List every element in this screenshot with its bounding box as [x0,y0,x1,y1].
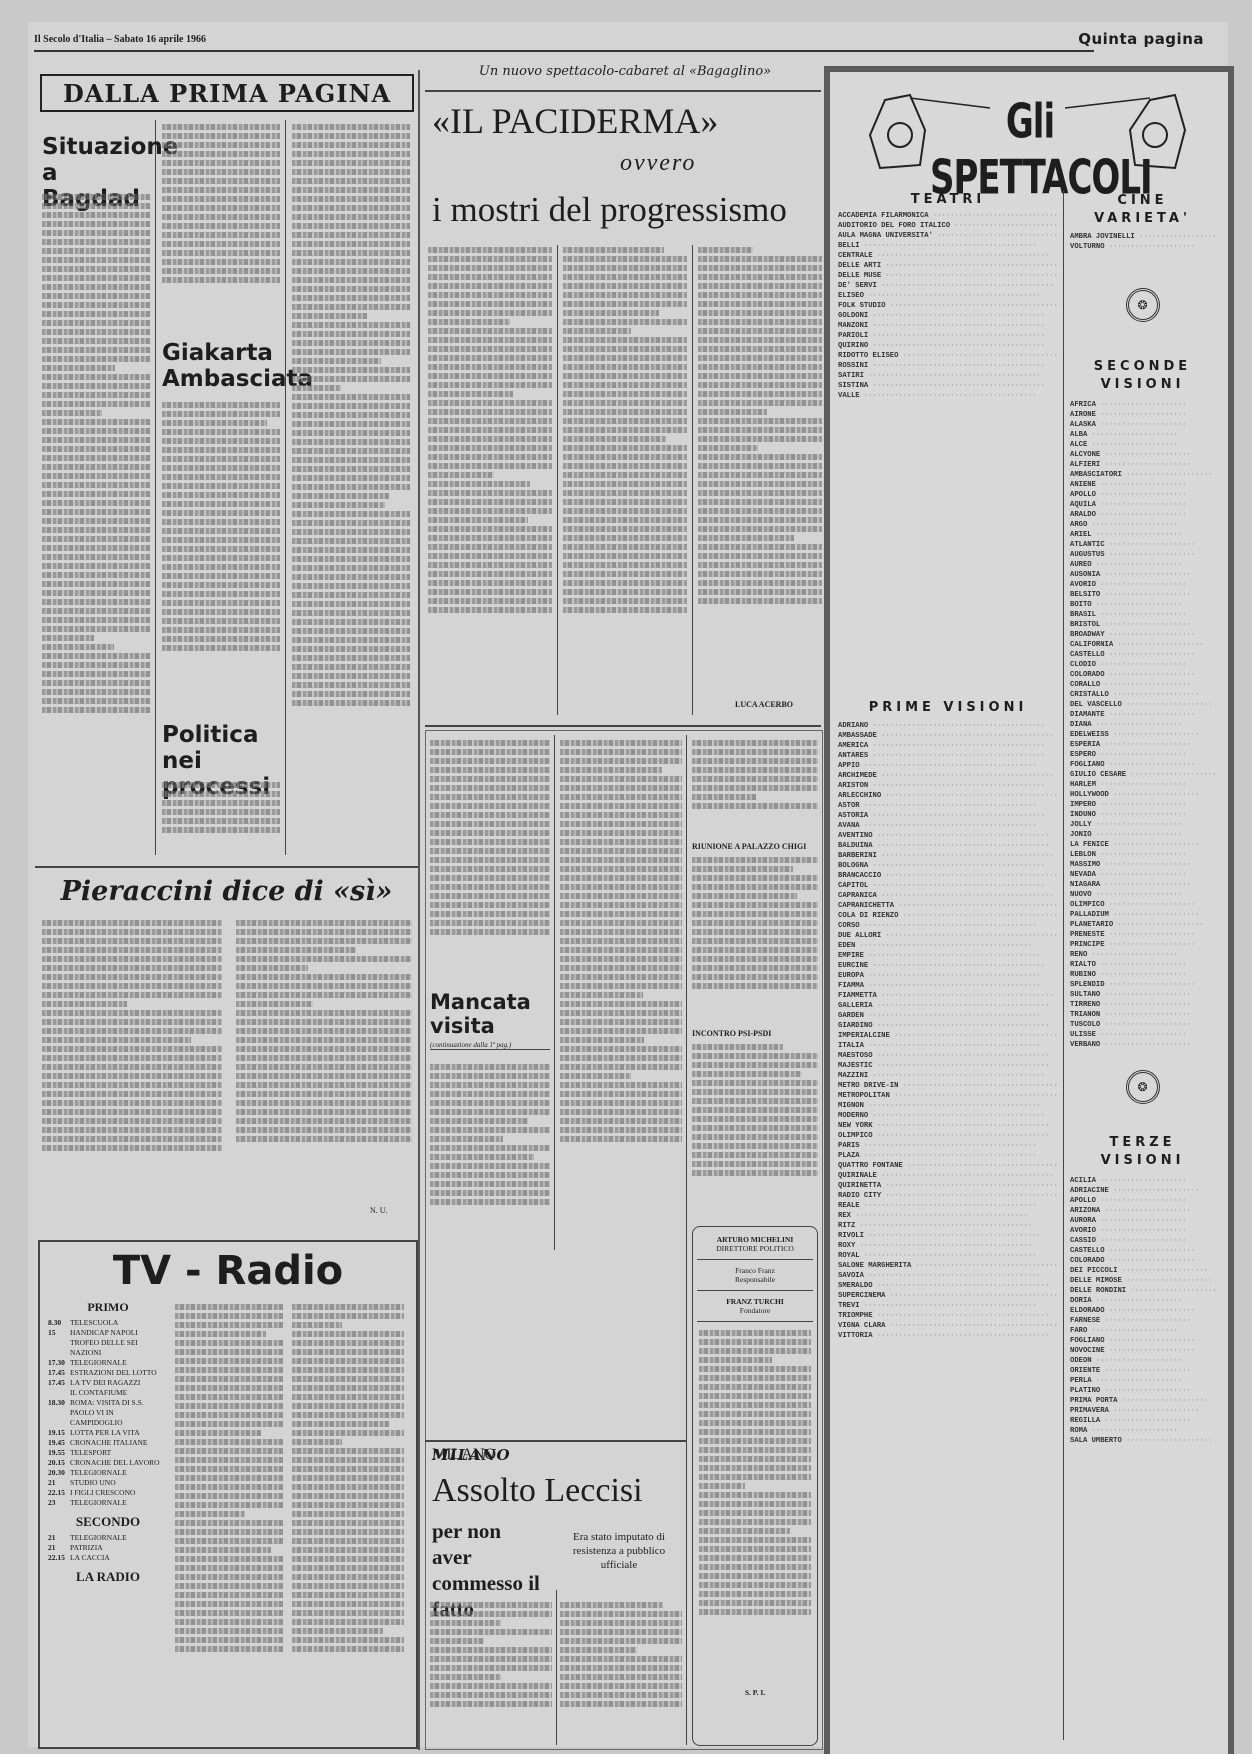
venue-name: TREVI [838,1302,860,1310]
listing-entry: DELLE MUSE ·····························… [838,271,1058,281]
listing-details: ········································ [868,1072,1045,1080]
listing-entry: DELLE MIMOSE ···················· [1070,1276,1215,1286]
listing-entry: EMPIRE ·································… [838,951,1058,961]
listing-details: ········································ [864,1042,1041,1050]
venue-name: GOLDONI [838,312,868,320]
text-line [292,529,410,535]
listing-entry: OLIMPICO ·······························… [838,1131,1058,1141]
tv-program: IL CONTAFIUME [48,1388,168,1398]
text-line [560,1073,631,1079]
listing-details: ···················· [1096,1237,1187,1245]
text-line [430,1172,550,1178]
listing-details: ········································ [877,1172,1054,1180]
text-line [560,1001,682,1007]
text-line [698,481,822,487]
listing-entry: ITALIA ·································… [838,1041,1058,1051]
text-line [42,500,150,506]
venue-name: ALASKA [1070,421,1096,429]
banner-title: DALLA PRIMA PAGINA [63,79,391,108]
text-line [42,608,150,614]
article-body [698,245,822,695]
venue-name: DORIA [1070,1297,1092,1305]
text-line [42,419,150,425]
text-line [428,301,552,307]
listing-details: ···················· [1087,521,1178,529]
text-line [292,331,410,337]
listing-entry: NUOVO ···················· [1070,890,1215,900]
listing-details: ···················· [1105,1247,1196,1255]
listing-entry: MASSIMO ···················· [1070,860,1215,870]
text-line [698,319,822,325]
text-line [292,142,410,148]
text-line [42,929,222,935]
text-line [430,767,550,773]
listing-entry: ARALDO ···················· [1070,510,1215,520]
text-line [699,1591,811,1597]
text-line [292,358,381,364]
listing-entry: ODEON ···················· [1070,1356,1215,1366]
venue-name: BELSITO [1070,591,1100,599]
venue-name: APPIO [838,762,860,770]
venue-name: BRANCACCIO [838,872,881,880]
text-line [42,599,150,605]
headline-mostri: i mostri del progressismo [432,190,787,230]
listing-entry: ROSSINI ································… [838,361,1058,371]
text-line [560,866,682,872]
listing-details: ···················· [1117,1397,1208,1405]
text-line [42,554,150,560]
venue-name: ADRIANO [838,722,868,730]
venue-name: AIRONE [1070,411,1096,419]
text-line [162,618,280,624]
program-title: STUDIO UNO [70,1478,116,1488]
text-line [430,1181,550,1187]
listing-details: ········································ [860,1142,1037,1150]
listing-details: ········································ [898,352,1058,360]
text-line [42,509,150,515]
listing-details: ········································ [873,1022,1050,1030]
listing-entry: ANTARES ································… [838,751,1058,761]
venue-name: ADRIACINE [1070,1187,1109,1195]
venue-name: ACILIA [1070,1177,1096,1185]
text-line [698,274,822,280]
program-time: 19.45 [48,1438,70,1448]
text-line [692,1062,818,1068]
text-line [175,1547,271,1553]
listing-entry: BRASIL ···················· [1070,610,1215,620]
text-line [292,124,410,130]
venue-name: IMPERIALCINE [838,1032,890,1040]
venue-name: PARIS [838,1142,860,1150]
venue-name: ASTOR [838,802,860,810]
text-line [292,628,410,634]
listing-details: ···················· [1105,541,1196,549]
listing-entry: ALBA ···················· [1070,430,1215,440]
text-line [292,412,410,418]
program-time: 20.15 [48,1458,70,1468]
listing-entry: RIDOTTO ELISEO ·························… [838,351,1058,361]
program-time: 17.45 [48,1368,70,1378]
listing-details: ···················· [1096,491,1187,499]
text-line [563,445,687,451]
venue-name: DE' SERVI [838,282,877,290]
founder-role: Fondatore [693,1306,817,1315]
text-line [292,376,410,382]
venue-name: ELDORADO [1070,1307,1105,1315]
text-line [563,607,687,613]
listing-details: ···················· [1105,243,1196,251]
text-line [563,337,687,343]
text-line [428,472,494,478]
listing-details: ···················· [1096,1227,1187,1235]
text-line [699,1384,811,1390]
text-line [162,564,280,570]
venue-name: AMBRA JOVINELLI [1070,233,1135,241]
text-line [42,1109,222,1115]
listing-details: ···················· [1096,781,1187,789]
text-line [563,391,687,397]
text-line [692,857,818,863]
text-line [292,1430,404,1436]
venue-name: QUIRINO [838,342,868,350]
venue-name: SAVOIA [838,1272,864,1280]
text-line [175,1637,283,1643]
venue-name: BALDUINA [838,842,873,850]
text-line [292,286,410,292]
listing-details: ········································ [873,832,1050,840]
text-line [236,1037,412,1043]
text-line [292,682,410,688]
article-body [563,245,687,715]
text-line [292,691,410,697]
listing-details: ···················· [1105,631,1196,639]
text-line [698,355,822,361]
text-line [692,749,818,755]
text-line [430,785,550,791]
listing-entry: PLAZA ··································… [838,1151,1058,1161]
cine-varieta-section: CINE VARIETA' AMBRA JOVINELLI ··········… [1070,192,1215,1446]
tv-primo-list: PRIMO 8.30TELESCUOLA15Handicap NapoliTRO… [48,1300,168,1588]
text-line [430,1073,550,1079]
venue-name: FOGLIANO [1070,761,1105,769]
venue-name: SPLENDID [1070,981,1105,989]
text-line [175,1502,283,1508]
text-line [428,364,552,370]
venue-name: AQUILA [1070,501,1096,509]
listing-entry: QUIRINO ································… [838,341,1058,351]
text-line [42,230,150,236]
text-line [42,1127,222,1133]
venue-name: SULTANO [1070,991,1100,999]
text-line [560,767,662,773]
listing-details: ········································ [860,1152,1037,1160]
text-line [175,1628,283,1634]
listing-entry: DIAMANTE ···················· [1070,710,1215,720]
text-line [162,268,280,274]
text-line [292,610,410,616]
text-line [563,418,687,424]
listing-details: ···················· [1096,751,1187,759]
listing-details: ···················· [1096,511,1187,519]
text-line [428,337,552,343]
venue-name: ROMA [1070,1427,1087,1435]
listing-entry: PLATINO ···················· [1070,1386,1215,1396]
venue-name: AMBASSADE [838,732,877,740]
text-line [292,250,410,256]
listing-entry: PRENESTE ···················· [1070,930,1215,940]
venue-name: CASTELLO [1070,651,1105,659]
text-line [692,1161,818,1167]
text-line [42,203,150,209]
venue-name: PRIMAVERA [1070,1407,1109,1415]
listing-details: ········································ [864,1012,1041,1020]
text-line [698,301,822,307]
text-line [430,1629,552,1635]
text-line [698,535,794,541]
listing-details: ········································ [877,732,1054,740]
program-time: 23 [48,1498,70,1508]
text-line [563,436,666,442]
text-line [428,283,552,289]
venue-name: METROPOLITAN [838,1092,890,1100]
listing-entry: AVORIO ···················· [1070,580,1215,590]
program-title: TELESPORT [70,1448,111,1458]
text-line [699,1600,811,1606]
venue-name: DELLE MIMOSE [1070,1277,1122,1285]
listing-entry: ROMA ···················· [1070,1426,1215,1436]
text-line [162,582,280,588]
text-line [175,1574,283,1580]
text-line [428,562,552,568]
text-line [430,749,550,755]
listing-details: ···················· [1092,1297,1183,1305]
listing-entry: ARLECCHINO ·····························… [838,791,1058,801]
column-rule [557,245,558,715]
text-line [698,427,822,433]
text-line [560,1683,682,1689]
text-line [563,364,687,370]
venue-name: LEBLON [1070,851,1096,859]
text-line [292,385,341,391]
masthead-line: Il Secolo d'Italia – Sabato 16 aprile 19… [34,34,206,45]
text-line [162,205,280,211]
text-line [292,295,410,301]
text-line [42,938,222,944]
text-line [292,520,410,526]
listing-details: ········································ [864,982,1041,990]
text-line [162,573,280,579]
text-line [560,857,682,863]
listing-details: ···················· [1092,531,1183,539]
listing-details: ········································ [873,252,1050,260]
listing-entry: ARIZONA ···················· [1070,1206,1215,1216]
text-line [428,427,552,433]
text-line [428,589,552,595]
text-line [699,1411,811,1417]
tv-program: 22.15I FIGLI CRESCONO [48,1488,168,1498]
text-line [563,427,687,433]
venue-name: PERLA [1070,1377,1092,1385]
text-line [292,1502,404,1508]
listing-details: ········································ [873,1132,1050,1140]
text-line [292,565,410,571]
text-line [292,178,410,184]
tv-program: 18.30ROMA: VISITA DI S.S. PAOLO VI IN CA… [48,1398,168,1428]
listing-details: ········································ [868,742,1045,750]
text-line [560,740,682,746]
text-line [699,1339,811,1345]
text-line [292,439,410,445]
listing-entry: TUSCOLO ···················· [1070,1020,1215,1030]
text-line [560,1647,637,1653]
listing-entry: ACCADEMIA FILARMONICA ··················… [838,211,1058,221]
listing-details: ···················· [1109,1187,1200,1195]
text-line [563,526,687,532]
text-line [162,474,280,480]
program-title: Cronache italiane [70,1438,148,1448]
venue-name: ALBA [1070,431,1087,439]
text-line [692,893,797,899]
text-line [560,1136,682,1142]
listing-entry: AVANA ··································… [838,821,1058,831]
text-line [292,1340,404,1346]
emblem-icon: ❂ [1126,1070,1160,1104]
listing-details: ········································ [877,282,1054,290]
venue-name: BOLOGNA [838,862,868,870]
text-line [175,1457,283,1463]
listing-entry: AULA MAGNA UNIVERSITA' ·················… [838,231,1058,241]
venue-name: FOLK STUDIO [838,302,885,310]
text-line [42,446,150,452]
listing-entry: PALLADIUM ···················· [1070,910,1215,920]
venue-name: ARLECCHINO [838,792,881,800]
listing-entry: NEVADA ···················· [1070,870,1215,880]
listing-entry: GOLDONI ································… [838,311,1058,321]
column-rule [692,245,693,715]
listing-entry: BELLI ··································… [838,241,1058,251]
text-line [563,301,687,307]
text-line [292,457,410,463]
text-line [428,490,552,496]
text-line [292,1592,404,1598]
section-rule [425,90,821,92]
text-line [430,1127,550,1133]
text-line [560,1602,663,1608]
venue-name: RIALTO [1070,961,1096,969]
text-line [692,740,818,746]
venue-name: CAPITOL [838,882,868,890]
text-line [430,1154,534,1160]
text-line [560,938,682,944]
listing-entry: COLORADO ···················· [1070,1256,1215,1266]
text-line [236,974,412,980]
text-line [430,929,550,935]
tv-program: 21STUDIO UNO [48,1478,168,1488]
listing-entry: DELLE ARTI ·····························… [838,261,1058,271]
listing-details: ···················· [1113,921,1204,929]
text-line [430,1100,550,1106]
text-line [563,508,687,514]
venue-name: COLORADO [1070,1257,1105,1265]
listing-details: ···················· [1100,1317,1191,1325]
program-time [48,1388,70,1398]
venue-name: HOLLYWOOD [1070,791,1109,799]
venue-name: OLIMPICO [838,1132,873,1140]
text-line [692,1125,818,1131]
text-line [42,590,150,596]
listing-entry: RITZ ···································… [838,1221,1058,1231]
section-rule [425,725,821,727]
article-body [292,122,410,855]
listing-entry: ULISSE ···················· [1070,1030,1215,1040]
listing-entry: APPIO ··································… [838,761,1058,771]
text-line [563,256,687,262]
text-line [430,857,550,863]
venue-name: NEW YORK [838,1122,873,1130]
listing-entry: DORIA ···················· [1070,1296,1215,1306]
text-line [428,535,552,541]
tv-program: 8.30TELESCUOLA [48,1318,168,1328]
venue-name: ALCE [1070,441,1087,449]
program-time: 15 [48,1328,70,1338]
text-line [692,965,818,971]
program-title: LA TV DEI RAGAZZI [70,1378,140,1388]
listing-entry: ESPERO ···················· [1070,750,1215,760]
listing-details: ········································ [873,1312,1050,1320]
text-line [692,1053,818,1059]
spettacoli-title: Gli SPETTACOLI [930,94,1130,206]
venue-name: ARGO [1070,521,1087,529]
listing-entry: QUATTRO FONTANE ························… [838,1161,1058,1171]
text-line [698,562,822,568]
text-line [698,499,822,505]
venue-name: VERBANO [1070,1041,1100,1049]
listing-details: ···················· [1109,731,1200,739]
text-line [42,383,150,389]
listing-entry: RADIO CITY ·····························… [838,1191,1058,1201]
listing-entry: RIVOLI ·································… [838,1231,1058,1241]
listing-entry: EURCINE ································… [838,961,1058,971]
text-line [430,1064,550,1070]
text-line [698,463,822,469]
venue-name: DEI PICCOLI [1070,1267,1117,1275]
text-line [175,1475,283,1481]
text-line [430,1656,552,1662]
venue-name: JONIO [1070,831,1092,839]
venue-name: NUOVO [1070,891,1092,899]
listing-details: ···················· [1096,1031,1187,1039]
venue-name: SISTINA [838,382,868,390]
tv-program: 19.15LOTTA PER LA VITA [48,1428,168,1438]
text-line [292,1637,404,1643]
text-line [430,830,550,836]
text-line [428,544,552,550]
text-line [563,265,687,271]
listing-details: ········································ [868,962,1045,970]
listing-details: ···················· [1100,1011,1191,1019]
byline: LUCA ACERBO [735,700,793,709]
text-line [430,1082,550,1088]
listing-details: ········································ [855,1242,1032,1250]
program-time: 17.45 [48,1378,70,1388]
listing-entry: RENO ···················· [1070,950,1215,960]
listing-details: ········································ [877,992,1054,1000]
text-line [692,983,818,989]
text-line [162,124,280,130]
listing-details: ···················· [1105,941,1196,949]
listing-entry: LA FENICE ···················· [1070,840,1215,850]
venue-name: AFRICA [1070,401,1096,409]
